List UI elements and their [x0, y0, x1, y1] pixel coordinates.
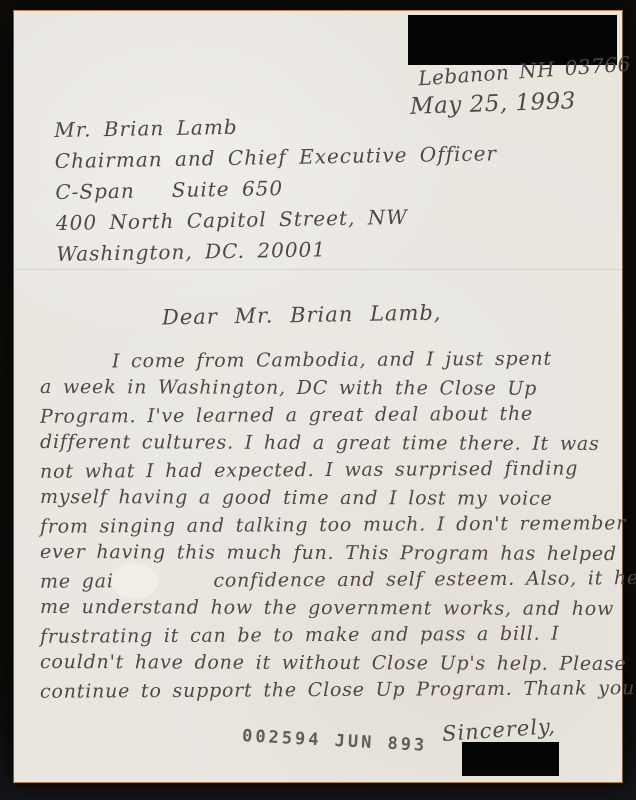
handwritten-line: myself having a good time and I lost my …: [40, 483, 620, 513]
recipient-address: Mr. Brian Lamb Chairman and Chief Execut…: [54, 107, 499, 270]
handwritten-line: I come from Cambodia, and I just spent: [40, 345, 620, 376]
handwritten-line: different cultures. I had a great time t…: [40, 428, 620, 458]
handwritten-line: continue to support the Close Up Program…: [40, 675, 620, 706]
redaction-box-signature: [462, 742, 559, 776]
recipient-city: Washington, DC. 20001: [56, 231, 499, 270]
date-received-stamp: 002594 JUN 893: [242, 726, 428, 756]
handwritten-line: a week in Washington, DC with the Close …: [40, 373, 620, 403]
scanned-letter: Lebanon NH 03766 May 25, 1993 Mr. Brian …: [0, 0, 636, 800]
handwritten-line: me understand how the government works, …: [40, 593, 620, 623]
letter-paper: Lebanon NH 03766 May 25, 1993 Mr. Brian …: [13, 10, 623, 783]
handwritten-line: frustrating it can be to make and pass a…: [40, 620, 620, 651]
paper-crease: [14, 269, 622, 270]
handwritten-line: couldn't have done it without Close Up's…: [40, 648, 620, 678]
handwritten-line: Program. I've learned a great deal about…: [40, 400, 620, 431]
handwritten-line: not what I had expected. I was surprised…: [40, 455, 620, 486]
handwritten-line: from singing and talking too much. I don…: [40, 510, 620, 541]
letter-body: I come from Cambodia, and I just spent a…: [40, 347, 620, 705]
salutation: Dear Mr. Brian Lamb,: [162, 301, 442, 330]
